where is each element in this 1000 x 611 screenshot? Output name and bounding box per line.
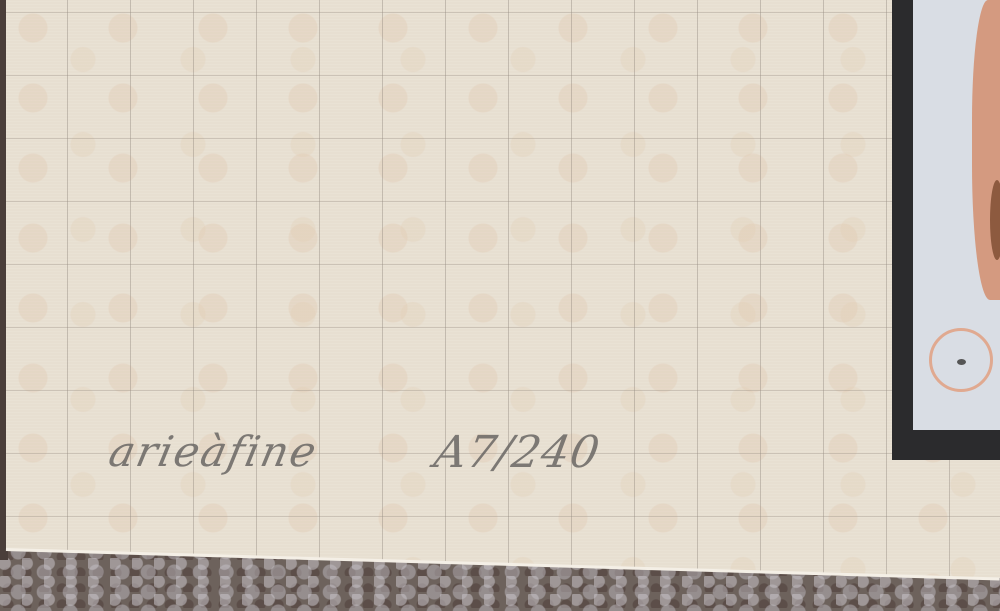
artwork-figure-shadow — [990, 180, 1000, 260]
edition-number: A7/240 — [431, 427, 605, 478]
photo-scene: arieàfine A7/240 — [0, 0, 1000, 611]
signature-name: arieàfine — [105, 427, 323, 476]
pencil-signature: arieàfine A7/240 — [110, 405, 690, 505]
artwork-dot — [957, 359, 966, 365]
